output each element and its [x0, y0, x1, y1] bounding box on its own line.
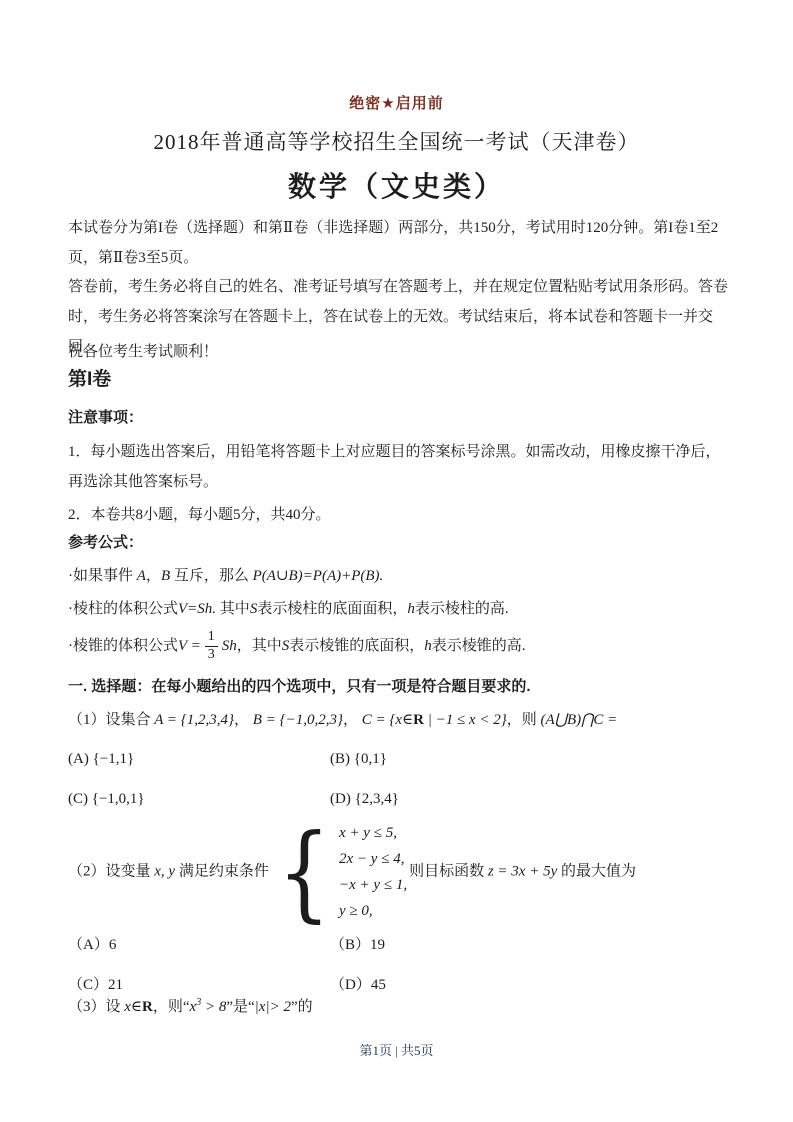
- exam-page: 绝密★启用前 2018年普通高等学校招生全国统一考试（天津卷） 数学（文史类） …: [0, 0, 793, 1122]
- formula-pyramid-volume: ·棱锥的体积公式V = 13Sh，其中 S 表示棱锥的底面积，h表示棱锥的高.: [68, 621, 731, 671]
- q1-option-b: (B) {0,1}: [330, 744, 731, 774]
- page-footer: 第1页 | 共5页: [0, 1040, 793, 1059]
- exam-title: 2018年普通高等学校招生全国统一考试（天津卷）: [0, 126, 793, 156]
- notice-item-2: 2．本卷共8小题，每小题5分，共40分。: [68, 500, 731, 530]
- question-1-options: (A) {−1,1} (B) {0,1} (C) {−1,0,1} (D) {2…: [68, 744, 731, 814]
- constraint-row: x + y ≤ 5,: [339, 821, 407, 845]
- multiple-choice-section-heading: 一. 选择题：在每小题给出的四个选项中，只有一项是符合题目要求的.: [68, 675, 731, 699]
- question-2: （2）设变量 x, y 满足约束条件{x + y ≤ 5,2x − y ≤ 4,…: [68, 820, 731, 924]
- q1-option-a: (A) {−1,1}: [68, 744, 330, 774]
- constraint-row: 2x − y ≤ 4,: [339, 847, 407, 871]
- question-1: （1）设集合 A = {1,2,3,4}， B = {−1,0,2,3}， C …: [68, 704, 731, 736]
- constraint-row: −x + y ≤ 1,: [339, 873, 407, 897]
- constraint-row: y ≥ 0,: [339, 899, 407, 923]
- formula-probability: ·如果事件 A，B 互斥，那么 P(A∪B)=P(A)+P(B).: [68, 561, 731, 591]
- good-luck-line: 祝各位考生考试顺利！: [68, 337, 731, 367]
- q2-option-b: （B）19: [330, 930, 731, 960]
- notice-item-1: 1．每小题选出答案后，用铅笔将答题卡上对应题目的答案标号涂黑。如需改动，用橡皮擦…: [68, 437, 731, 497]
- formula-prism-volume: ·棱柱的体积公式V=Sh. 其中S表示棱柱的底面面积，h表示棱柱的高.: [68, 594, 731, 624]
- subject-title: 数学（文史类）: [0, 165, 793, 205]
- classified-label: 绝密★启用前: [0, 92, 793, 113]
- part1-title: 第I卷: [68, 364, 731, 391]
- formulas-heading: 参考公式：: [68, 531, 731, 552]
- question-3: （3）设 x∈R，则“x3 > 8”是“|x|> 2”的: [68, 992, 731, 1024]
- notice-heading: 注意事项：: [68, 406, 731, 427]
- constraint-system: {x + y ≤ 5,2x − y ≤ 4,−x + y ≤ 1,y ≥ 0,: [271, 820, 407, 924]
- q2-stem-pre: （2）设变量 x, y 满足约束条件: [68, 863, 269, 879]
- intro-paragraph-structure: 本试卷分为第I卷（选择题）和第Ⅱ卷（非选择题）两部分，共150分，考试用时120…: [68, 213, 731, 273]
- q1-option-d: (D) {2,3,4}: [330, 784, 731, 814]
- q1-option-c: (C) {−1,0,1}: [68, 784, 330, 814]
- q2-stem-post: 则目标函数 z = 3x + 5y 的最大值为: [409, 863, 636, 879]
- constraint-rows: x + y ≤ 5,2x − y ≤ 4,−x + y ≤ 1,y ≥ 0,: [339, 821, 407, 923]
- question-2-options: （A）6 （B）19 （C）21 （D）45: [68, 930, 731, 1000]
- left-brace-glyph: {: [277, 820, 330, 924]
- q2-option-a: （A）6: [68, 930, 330, 960]
